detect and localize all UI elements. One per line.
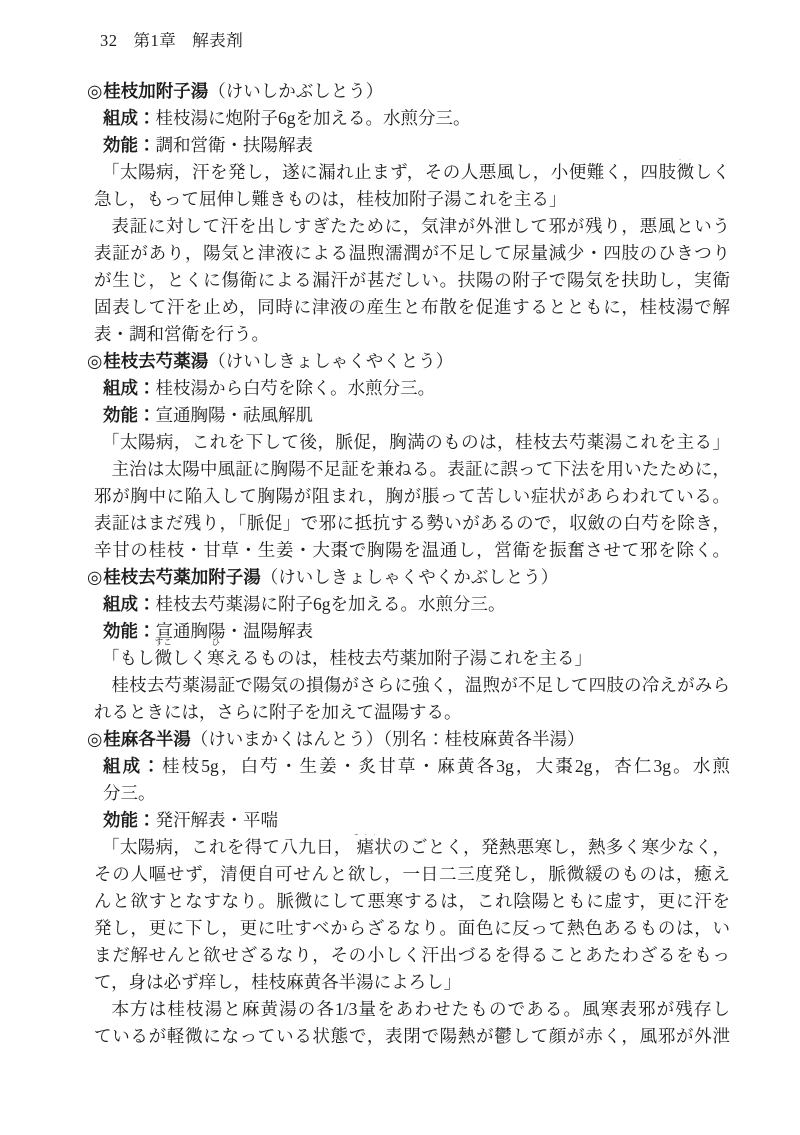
commentary-line: 表証があり，陽気と津液による温煦濡潤が不足して尿量減少・四肢のひきつり bbox=[94, 240, 730, 267]
formula-reading: （けいしきょしゃくやくかぶしとう） bbox=[261, 567, 559, 587]
commentary-line: れるときには，さらに附子を加えて温陽する。 bbox=[94, 699, 730, 726]
formula-section: ◎桂麻各半湯（けいまかくはんとう）（別名：桂枝麻黄各半湯）組成：桂枝5g，白芍・… bbox=[94, 726, 730, 1050]
field-line: 効能：調和営衛・扶陽解表 bbox=[94, 132, 730, 159]
book-page: 32第1章解表剤 ◎桂枝加附子湯（けいしかぶしとう）組成：桂枝湯に炮附子6gを加… bbox=[0, 0, 800, 1135]
commentary-line: 邪が胸中に陥入して胸陽が阻まれ，胸が脹って苦しい症状があらわれている。 bbox=[94, 483, 730, 510]
quote-line: 発し，更に下し，更に吐すべからざるなり。面色に反って熱色あるものは，い bbox=[94, 915, 730, 942]
quote-line: んと欲すとなすなり。脈微にして悪寒するは，これ陰陽ともに虚す，更に汗を bbox=[94, 888, 730, 915]
formula-section: ◎桂枝去芍薬湯（けいしきょしゃくやくとう）組成：桂枝湯から白芍を除く。水煎分三。… bbox=[94, 348, 730, 564]
formula-name: 桂枝加附子湯 bbox=[103, 81, 208, 101]
formula-section: ◎桂枝加附子湯（けいしかぶしとう）組成：桂枝湯に炮附子6gを加える。水煎分三。効… bbox=[94, 78, 730, 348]
formula-heading: ◎桂麻各半湯（けいまかくはんとう）（別名：桂枝麻黄各半湯） bbox=[87, 726, 730, 753]
furigana-annotated-char: 瘧ぎゃく bbox=[356, 834, 374, 861]
formula-reading: （けいしかぶしとう） bbox=[208, 81, 383, 101]
furigana-annotated-char: 微すこ bbox=[676, 159, 694, 186]
chapter-label: 第1章 bbox=[134, 31, 177, 50]
field-label: 効能： bbox=[103, 135, 156, 155]
field-label: 効能： bbox=[103, 405, 156, 425]
formula-reading: （けいしきょしゃくやくとう） bbox=[208, 351, 453, 371]
quote-line: 急し，もって屈伸し難きものは，桂枝加附子湯これを主る」 bbox=[94, 186, 730, 213]
quote-line: まだ解せんと欲せざるなり，その小しく汗出づるを得ることあたわざるをもっ bbox=[94, 942, 730, 969]
quote-line: 「太陽病，これを得て八九日， 瘧ぎゃく状のごとく，発熱悪寒し，熱多く寒少なく， bbox=[94, 834, 730, 861]
field-line: 組成：桂枝5g，白芍・生姜・炙甘草・麻黄各3g，大棗2g，杏仁3g。水煎 bbox=[94, 753, 730, 780]
double-circle-marker-icon: ◎ bbox=[87, 351, 102, 371]
quote-line: 「もし微すこしく寒ひえるものは，桂枝去芍薬加附子湯これを主る」 bbox=[94, 645, 730, 672]
field-label: 効能： bbox=[103, 810, 156, 830]
quote-line: 「太陽病，これを下して後，脈促，胸満のものは，桂枝去芍薬湯これを主る」 bbox=[94, 429, 730, 456]
double-circle-marker-icon: ◎ bbox=[87, 729, 102, 749]
formula-name: 桂枝去芍薬加附子湯 bbox=[103, 567, 261, 587]
field-label: 組成： bbox=[103, 756, 162, 776]
commentary-line: 辛甘の桂枝・甘草・生姜・大棗で胸陽を温通し，営衛を振奮させて邪を除く。 bbox=[94, 537, 730, 564]
field-label: 組成： bbox=[103, 594, 156, 614]
furigana-text: すこ bbox=[677, 159, 694, 160]
field-line: 効能：宣通胸陽・祛風解肌 bbox=[94, 402, 730, 429]
chapter-title: 解表剤 bbox=[192, 31, 243, 50]
double-circle-marker-icon: ◎ bbox=[87, 81, 102, 101]
furigana-text: ひ bbox=[211, 638, 220, 646]
formula-heading: ◎桂枝去芍薬加附子湯（けいしきょしゃくやくかぶしとう） bbox=[87, 564, 730, 591]
field-line: 効能：宣通胸陽・温陽解表 bbox=[94, 618, 730, 645]
furigana-annotated-char: 微すこ bbox=[155, 645, 173, 672]
formula-reading: （けいまかくはんとう） bbox=[191, 729, 384, 749]
running-head: 32第1章解表剤 bbox=[100, 30, 243, 52]
furigana-text: ぎゃく bbox=[352, 834, 378, 835]
field-label: 組成： bbox=[103, 378, 156, 398]
field-continuation-line: 分三。 bbox=[94, 780, 730, 807]
field-line: 組成：桂枝湯に炮附子6gを加える。水煎分三。 bbox=[94, 105, 730, 132]
quote-line: 「太陽病，汗を発し，遂に漏れ止まず，その人悪風し，小便難く，四肢微すこしく bbox=[94, 159, 730, 186]
formula-name: 桂枝去芍薬湯 bbox=[103, 351, 208, 371]
text-column: ◎桂枝加附子湯（けいしかぶしとう）組成：桂枝湯に炮附子6gを加える。水煎分三。効… bbox=[94, 78, 730, 1050]
furigana-annotated-char: 寒ひ bbox=[207, 645, 225, 672]
commentary-line: 本方は桂枝湯と麻黄湯の各1/3量をあわせたものである。風寒表邪が残存し bbox=[94, 996, 730, 1023]
formula-heading: ◎桂枝去芍薬湯（けいしきょしゃくやくとう） bbox=[87, 348, 730, 375]
commentary-line: 主治は太陽中風証に胸陽不足証を兼ねる。表証に誤って下法を用いたために， bbox=[94, 456, 730, 483]
field-line: 組成：桂枝湯から白芍を除く。水煎分三。 bbox=[94, 375, 730, 402]
field-label: 組成： bbox=[103, 108, 156, 128]
commentary-line: ているが軽微になっている状態で，表閉で陽熱が鬱して顔が赤く，風邪が外泄 bbox=[94, 1023, 730, 1050]
formula-heading: ◎桂枝加附子湯（けいしかぶしとう） bbox=[87, 78, 730, 105]
quote-line: て，身は必ず痒し，桂枝麻黄各半湯によろし」 bbox=[94, 969, 730, 996]
commentary-line: が生じ，とくに傷衛による漏汗が甚だしい。扶陽の附子で陽気を扶助し，実衛 bbox=[94, 267, 730, 294]
commentary-line: 固表して汗を止め，同時に津液の産生と布散を促進するとともに，桂枝湯で解 bbox=[94, 294, 730, 321]
commentary-line: 表証に対して汗を出しすぎたために，気津が外泄して邪が残り，悪風という bbox=[94, 213, 730, 240]
field-label: 効能： bbox=[103, 621, 156, 641]
formula-alias: （別名：桂枝麻黄各半湯） bbox=[383, 729, 584, 749]
commentary-line: 桂枝去芍薬湯証で陽気の損傷がさらに強く，温煦が不足して四肢の冷えがみら bbox=[94, 672, 730, 699]
quote-line: その人嘔せず，清便自可せんと欲し，一日二三度発し，脈微緩のものは，癒え bbox=[94, 861, 730, 888]
commentary-line: 表・調和営衛を行う。 bbox=[94, 321, 730, 348]
double-circle-marker-icon: ◎ bbox=[87, 567, 102, 587]
furigana-text: すこ bbox=[155, 638, 172, 646]
formula-section: ◎桂枝去芍薬加附子湯（けいしきょしゃくやくかぶしとう）組成：桂枝去芍薬湯に附子6… bbox=[94, 564, 730, 726]
page-number: 32 bbox=[100, 31, 118, 50]
formula-name: 桂麻各半湯 bbox=[103, 729, 191, 749]
field-line: 効能：発汗解表・平喘 bbox=[94, 807, 730, 834]
commentary-line: 表証はまだ残り，「脈促」で邪に抵抗する勢いがあるので，収斂の白芍を除き， bbox=[94, 510, 730, 537]
field-line: 組成：桂枝去芍薬湯に附子6gを加える。水煎分三。 bbox=[94, 591, 730, 618]
